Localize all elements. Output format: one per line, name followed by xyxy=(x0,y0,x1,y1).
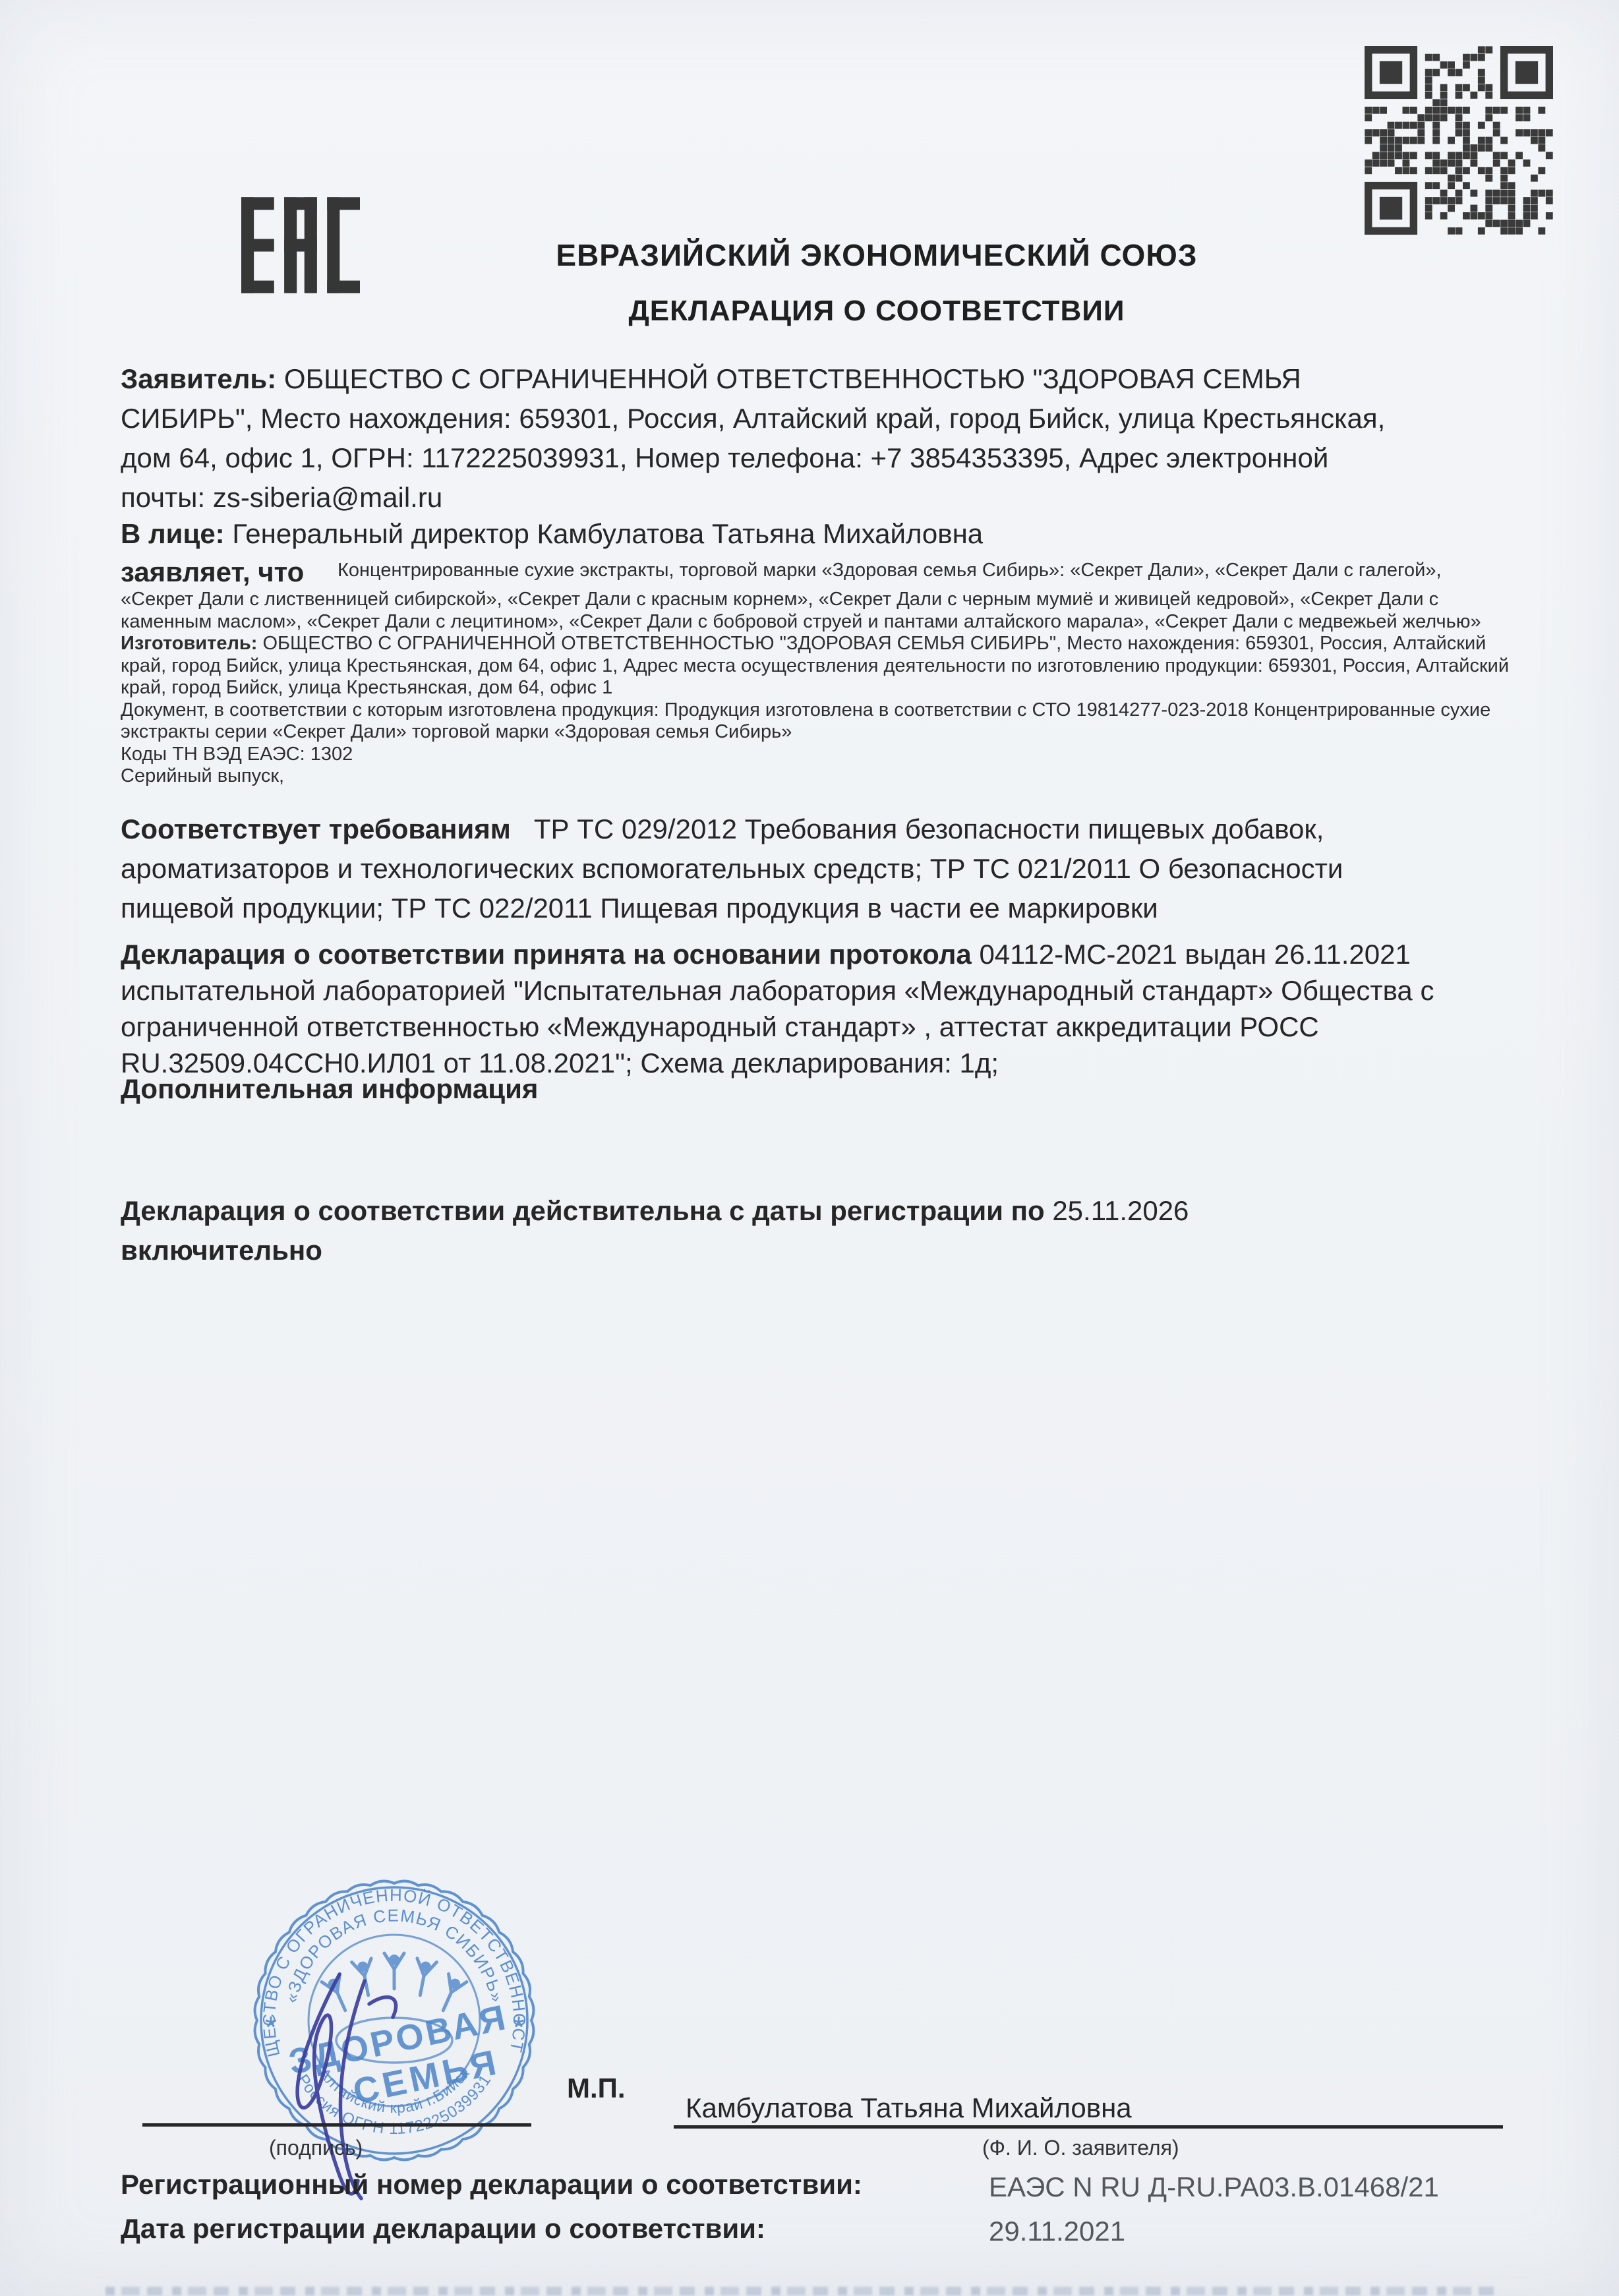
codes-line: Коды ТН ВЭД ЕАЭС: 1302 xyxy=(121,744,1509,766)
scanned-declaration-page: ЕВРАЗИЙСКИЙ ЭКОНОМИЧЕСКИЙ СОЮЗ ДЕКЛАРАЦИ… xyxy=(0,0,1619,2296)
applicant-paragraph: Заявитель: ОБЩЕСТВО С ОГРАНИЧЕННОЙ ОТВЕТ… xyxy=(121,359,1385,517)
signature-caption: (подпись) xyxy=(269,2136,363,2160)
union-title: ЕВРАЗИЙСКИЙ ЭКОНОМИЧЕСКИЙ СОЮЗ xyxy=(303,237,1450,273)
representative-line: В лице: Генеральный директор Камбулатова… xyxy=(121,514,983,554)
manufacturer-line: край, город Бийск, улица Крестьянская, д… xyxy=(121,677,1509,699)
compliance-label: Соответствует требованиям xyxy=(121,813,511,844)
registration-date-value: 29.11.2021 xyxy=(989,2216,1125,2247)
compliance-line: ароматизаторов и технологических вспомог… xyxy=(121,849,1343,889)
document-line: Документ, в соответствии с которым изгот… xyxy=(121,699,1509,722)
basis-paragraph: Декларация о соответствии принята на осн… xyxy=(121,936,1434,1081)
serial-line: Серийный выпуск, xyxy=(121,765,1509,788)
qr-code-icon xyxy=(1365,46,1553,236)
products-line-1: Концентрированные сухие экстракты, торго… xyxy=(338,560,1442,582)
declaration-details: «Секрет Дали с лиственницей сибирской», … xyxy=(121,589,1509,788)
manufacturer-line: край, город Бийск, улица Крестьянская, д… xyxy=(121,655,1509,678)
applicant-line: почты: zs-siberia@mail.ru xyxy=(121,478,1385,517)
name-rule xyxy=(674,2125,1503,2129)
compliance-line: Соответствует требованиям ТР ТС 029/2012… xyxy=(121,809,1343,849)
basis-line: ограниченной ответственностью «Междунаро… xyxy=(121,1009,1434,1045)
validity-date: 25.11.2026 xyxy=(1052,1195,1189,1226)
registration-number-label: Регистрационный номер декларации о соотв… xyxy=(121,2169,862,2200)
basis-line: Декларация о соответствии принята на осн… xyxy=(121,936,1434,972)
compliance-line: пищевой продукции; ТР ТС 022/2011 Пищева… xyxy=(121,889,1343,928)
declares-label: заявляет, что xyxy=(121,556,304,589)
signature-rule xyxy=(142,2123,531,2127)
document-line: экстракты серии «Секрет Дали» торговой м… xyxy=(121,721,1509,744)
additional-info-label: Дополнительная информация xyxy=(121,1073,538,1105)
products-line: «Секрет Дали с лиственницей сибирской», … xyxy=(121,589,1509,611)
applicant-line: СИБИРЬ", Место нахождения: 659301, Росси… xyxy=(121,399,1385,438)
mp-label: М.П. xyxy=(567,2073,626,2104)
validity-paragraph: Декларация о соответствии действительна … xyxy=(121,1191,1189,1270)
compliance-paragraph: Соответствует требованиям ТР ТС 029/2012… xyxy=(121,809,1343,928)
validity-line: включительно xyxy=(121,1231,1189,1270)
page-title: ДЕКЛАРАЦИЯ О СООТВЕТСТВИИ xyxy=(303,295,1450,328)
representative-label: В лице: xyxy=(121,518,225,549)
applicant-label: Заявитель: xyxy=(121,363,276,394)
stamp-asterisk-right: * xyxy=(513,2010,525,2044)
manufacturer-line: Изготовитель: ОБЩЕСТВО С ОГРАНИЧЕННОЙ ОТ… xyxy=(121,633,1509,655)
registration-date-label: Дата регистрации декларации о соответств… xyxy=(121,2213,765,2245)
registration-number-value: ЕАЭС N RU Д-RU.РА03.В.01468/21 xyxy=(989,2171,1439,2203)
basis-label: Декларация о соответствии принята на осн… xyxy=(121,939,972,970)
validity-line: Декларация о соответствии действительна … xyxy=(121,1191,1189,1231)
name-caption: (Ф. И. О. заявителя) xyxy=(982,2136,1179,2160)
applicant-line: дом 64, офис 1, ОГРН: 1172225039931, Ном… xyxy=(121,438,1385,478)
products-line: каменным маслом», «Секрет Дали с лецитин… xyxy=(121,611,1509,633)
bleed-through-artifact xyxy=(105,2287,1496,2295)
manufacturer-label: Изготовитель: xyxy=(121,633,257,654)
applicant-line: Заявитель: ОБЩЕСТВО С ОГРАНИЧЕННОЙ ОТВЕТ… xyxy=(121,359,1385,399)
basis-line: испытательной лабораторией "Испытательна… xyxy=(121,972,1434,1009)
applicant-name: Камбулатова Татьяна Михайловна xyxy=(686,2092,1132,2124)
